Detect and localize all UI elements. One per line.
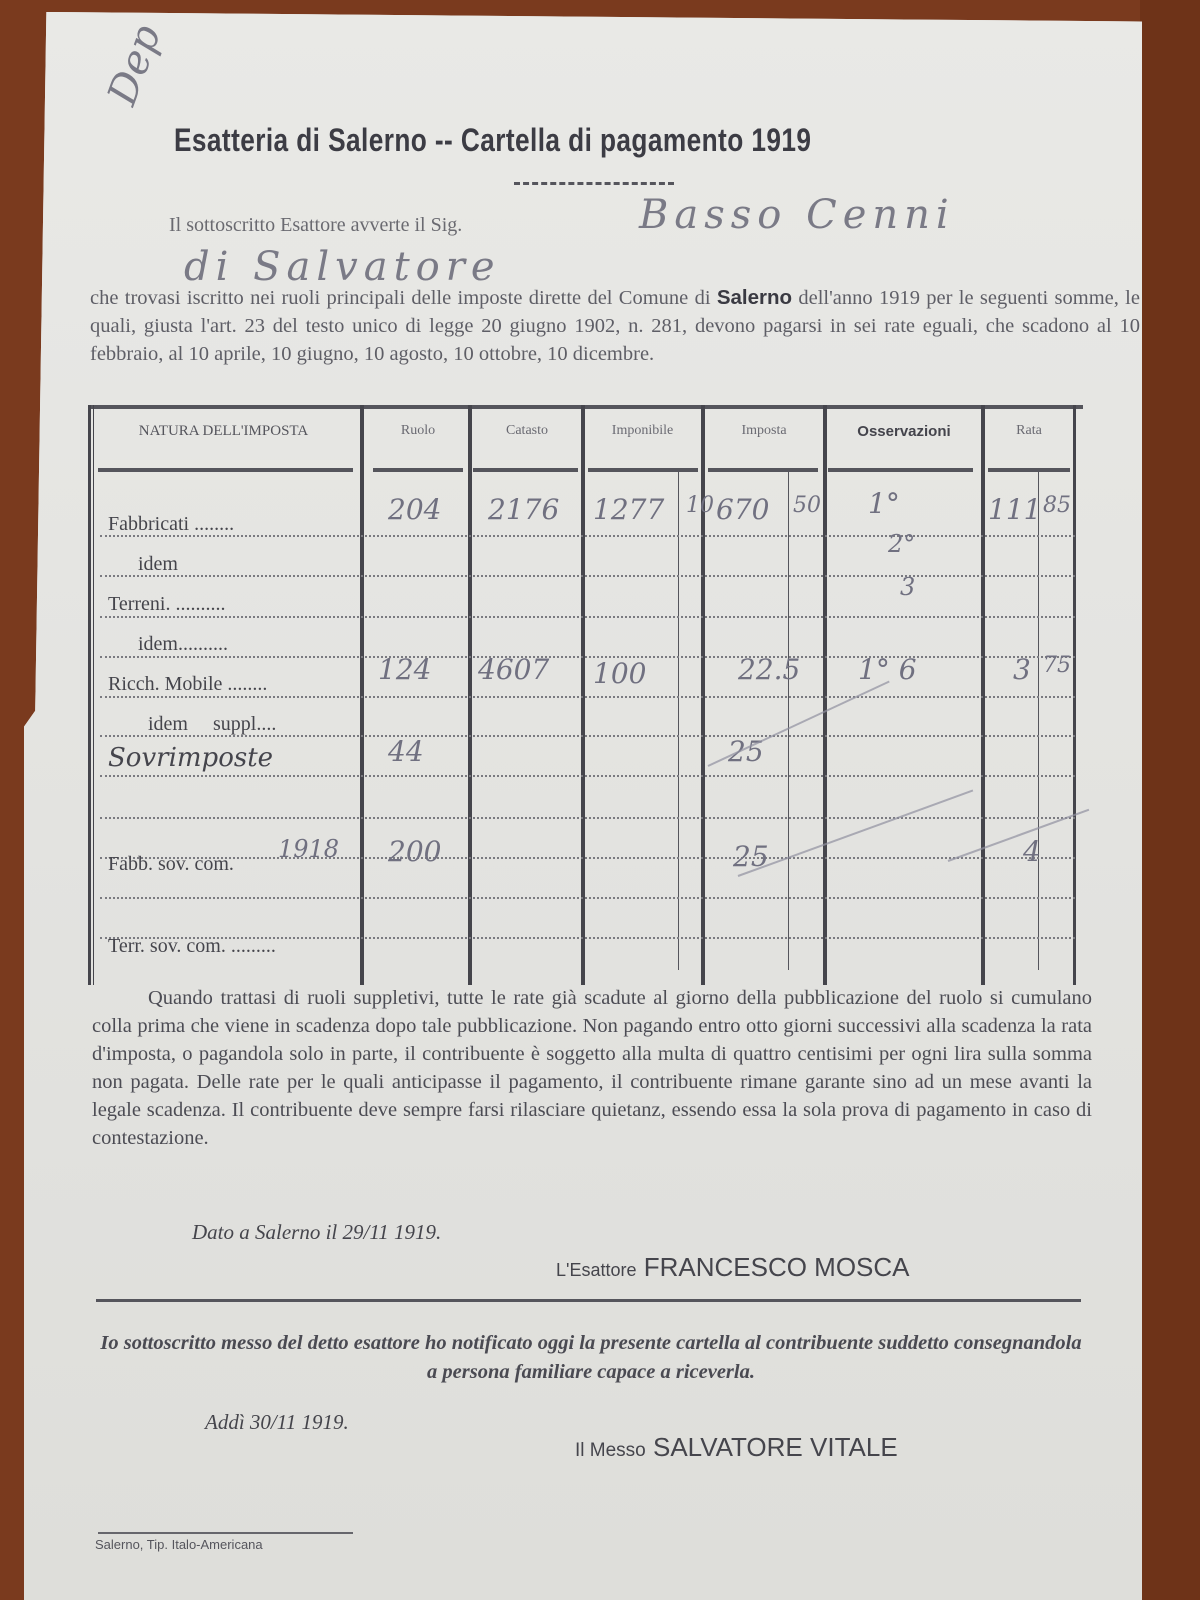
tax-table: NATURA DELL'IMPOSTA Ruolo Catasto Imponi… xyxy=(88,405,1083,985)
cell-fabbricati-osservazioni: 1° xyxy=(868,487,900,520)
cell-ricchezza-catasto: 4607 xyxy=(478,653,549,686)
esattore-name: FRANCESCO MOSCA xyxy=(644,1252,910,1282)
issue-date: Dato a Salerno il 29/11 1919. xyxy=(192,1220,441,1245)
margin-handwritten-note: Dep xyxy=(99,19,170,111)
cell-fabbricati-catasto: 2176 xyxy=(488,493,559,526)
cell-fabbricati-imposta: 670 xyxy=(716,493,769,526)
esattore-signature: L'Esattore FRANCESCO MOSCA xyxy=(556,1252,910,1283)
messo-signature: Il Messo SALVATORE VITALE xyxy=(575,1432,898,1463)
intro-text: Il sottoscritto Esattore avverte il Sig. xyxy=(169,214,462,237)
tax-bill-document: Dep Esatteria di Salerno -- Cartella di … xyxy=(24,12,1142,1600)
row-label-ricchezza-mobile: Ricch. Mobile ........ xyxy=(108,673,267,696)
pen-scribble xyxy=(708,681,890,767)
cell-fabb-sov-year: 1918 xyxy=(278,835,339,863)
cell-fabbricati-ruolo: 204 xyxy=(388,493,441,526)
recipient-name-handwritten: Basso Cenni xyxy=(639,192,955,238)
cell-fabbricati-imponibile-dec: 10 xyxy=(686,493,714,518)
cell-fabbricati-rata-dec: 85 xyxy=(1043,493,1071,518)
cell-sovrimposte-imposta: 25 xyxy=(728,735,764,768)
pen-scribble xyxy=(738,790,974,877)
printer-imprint: Salerno, Tip. Italo-Americana xyxy=(95,1537,263,1552)
table-border-left xyxy=(88,405,91,985)
header-catasto: Catasto xyxy=(473,423,581,439)
row-label-fabbricati: Fabbricati ........ xyxy=(108,513,234,536)
table-top-rule xyxy=(88,405,1083,409)
row-label-sovrimposte-handwritten: Sovrimposte xyxy=(108,743,273,773)
row-label-terreni: Terreni. .......... xyxy=(108,593,225,616)
header-imponibile: Imponibile xyxy=(585,423,700,439)
header-imposta: Imposta xyxy=(705,423,823,439)
intro-paragraph: che trovasi iscritto nei ruoli principal… xyxy=(90,284,1140,368)
cell-terreni-osservazioni: 3 xyxy=(900,573,915,601)
cell-fabb-sov-ruolo: 200 xyxy=(388,835,441,868)
legal-notice: Quando trattasi di ruoli suppletivi, tut… xyxy=(92,984,1092,1152)
title-divider xyxy=(514,182,674,185)
header-natura: NATURA DELL'IMPOSTA xyxy=(96,423,351,440)
header-rata: Rata xyxy=(985,423,1073,439)
cell-ricchezza-rata-dec: 75 xyxy=(1043,653,1071,678)
row-label-idem: idem xyxy=(138,553,178,576)
row-label-fabb-sov-com: Fabb. sov. com. xyxy=(108,853,234,876)
cell-ricchezza-imposta: 22.5 xyxy=(738,653,800,686)
row-label-terr-sov-com: Terr. sov. com. ......... xyxy=(108,935,276,958)
header-ruolo: Ruolo xyxy=(368,423,468,439)
cell-fabbricati-imposta-dec: 50 xyxy=(793,493,821,518)
document-title: Esatteria di Salerno -- Cartella di paga… xyxy=(174,122,896,159)
notification-statement: Io sottoscritto messo del detto esattore… xyxy=(96,1329,1086,1387)
row-label-idem-suppl: idem suppl.... xyxy=(148,713,276,736)
background-wood xyxy=(1140,0,1200,1600)
header-osservazioni: Osservazioni xyxy=(827,423,981,440)
messo-name: SALVATORE VITALE xyxy=(653,1432,898,1462)
notification-date: Addì 30/11 1919. xyxy=(205,1410,349,1435)
cell-fabbricati-rata: 111 xyxy=(988,493,1041,526)
cell-fabb-sov-imposta: 25 xyxy=(733,840,769,873)
cell-ricchezza-imponibile: 100 xyxy=(593,657,646,690)
row-label-idem: idem.......... xyxy=(138,633,228,656)
cell-fabbricati-imponibile: 1277 xyxy=(593,493,664,526)
cell-idem-osservazioni: 2° xyxy=(888,530,915,558)
comune-name: Salerno xyxy=(717,286,792,309)
section-divider xyxy=(96,1299,1081,1302)
cell-ricchezza-rata: 3 xyxy=(1013,653,1031,686)
cell-sovrimposte-ruolo: 44 xyxy=(388,735,424,768)
cell-fabb-sov-rata: 4 xyxy=(1023,835,1041,868)
cell-ricchezza-ruolo: 124 xyxy=(378,653,431,686)
